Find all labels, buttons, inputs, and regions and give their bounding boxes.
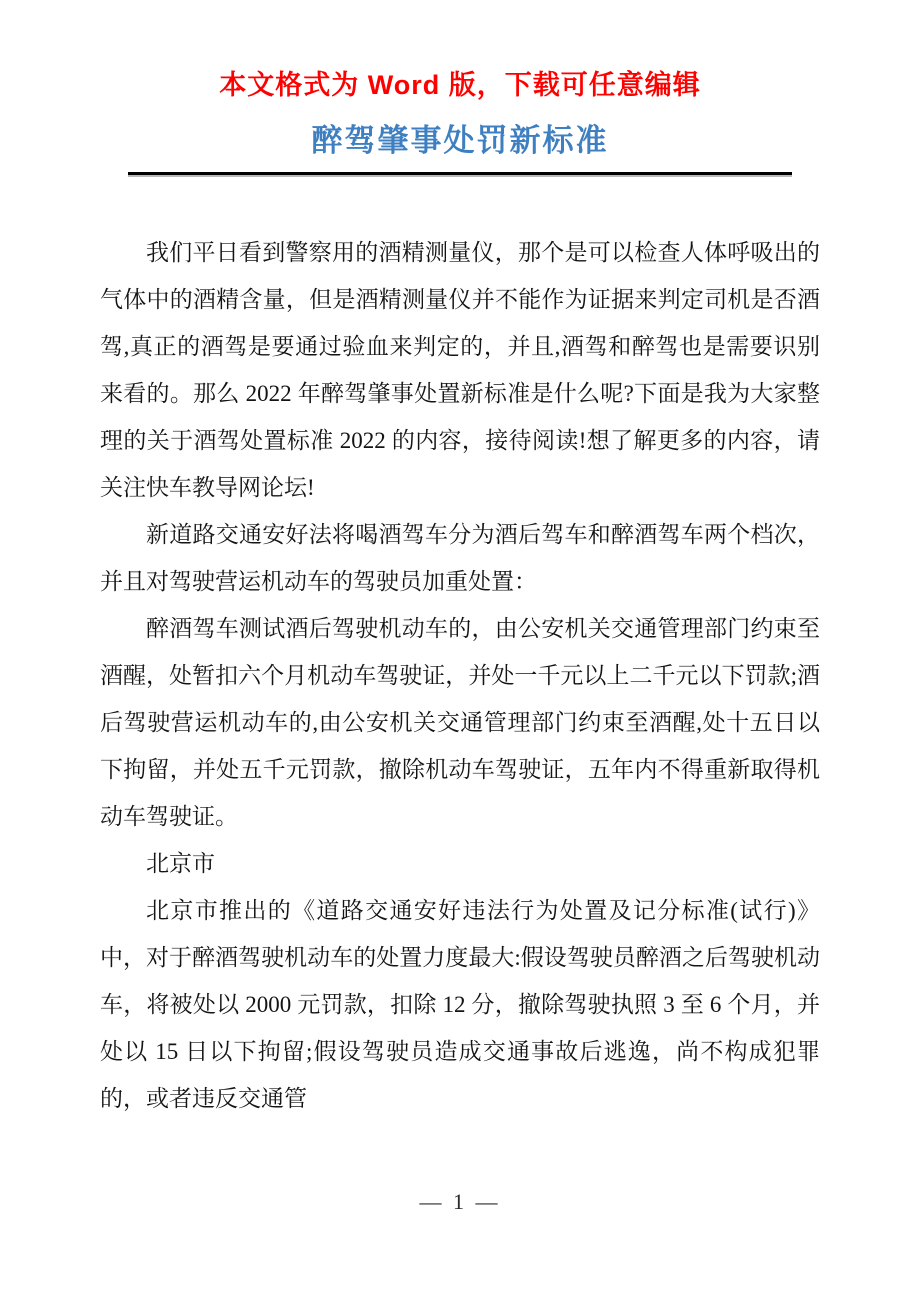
- document-title: 醉驾肇事处罚新标准: [0, 115, 920, 160]
- paragraph: 北京市: [100, 840, 820, 887]
- format-notice: 本文格式为 Word 版，下载可任意编辑: [0, 63, 920, 102]
- document-page: 本文格式为 Word 版，下载可任意编辑 醉驾肇事处罚新标准 我们平日看到警察用…: [0, 0, 920, 1302]
- paragraph: 新道路交通安好法将喝酒驾车分为酒后驾车和醉酒驾车两个档次，并且对驾驶营运机动车的…: [100, 511, 820, 605]
- title-divider: [128, 172, 792, 175]
- paragraph: 醉酒驾车测试酒后驾驶机动车的，由公安机关交通管理部门约束至酒醒，处暂扣六个月机动…: [100, 605, 820, 840]
- page-number: — 1 —: [0, 1189, 920, 1215]
- document-body: 我们平日看到警察用的酒精测量仪，那个是可以检查人体呼吸出的气体中的酒精含量，但是…: [100, 229, 820, 1122]
- paragraph: 我们平日看到警察用的酒精测量仪，那个是可以检查人体呼吸出的气体中的酒精含量，但是…: [100, 229, 820, 511]
- paragraph: 北京市推出的《道路交通安好违法行为处置及记分标准(试行)》中，对于醉酒驾驶机动车…: [100, 887, 820, 1122]
